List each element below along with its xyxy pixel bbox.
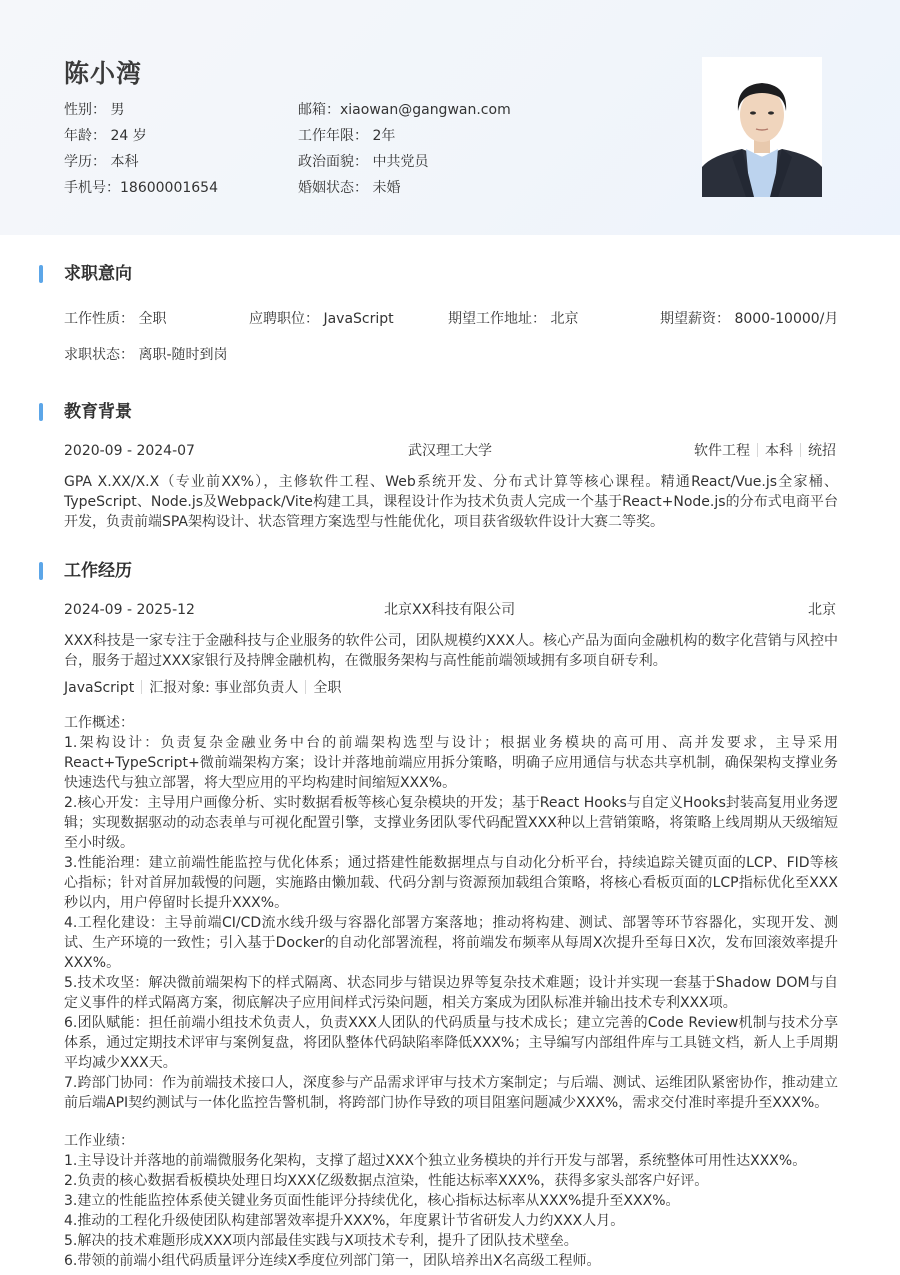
- avatar-photo: [702, 57, 822, 197]
- achievement-item: 1.主导设计并落地的前端微服务化架构，支撑了超过XXX个独立业务模块的并行开发与…: [64, 1151, 838, 1171]
- work-summary-title: 工作概述：: [64, 713, 838, 733]
- intent-position: 应聘职位： JavaScript: [249, 309, 394, 329]
- achievement-item: 6.带领的前端小组代码质量评分连续X季度位列部门第一，团队培养出X名高级工程师。: [64, 1251, 838, 1271]
- info-age: 年龄： 24 岁: [64, 126, 147, 146]
- intent-job-type: 工作性质： 全职: [64, 309, 166, 329]
- section-marker-icon: [39, 562, 43, 580]
- summary-item: 3.性能治理：建立前端性能监控与优化体系；通过搭建性能数据埋点与自动化分析平台，…: [64, 853, 838, 913]
- achievement-item: 5.解决的技术难题形成XXX项内部最佳实践与X项技术专利，提升了团队技术壁垒。: [64, 1231, 838, 1251]
- intent-salary: 期望薪资： 8000-10000/月: [660, 309, 838, 329]
- work-achievements: 工作业绩： 1.主导设计并落地的前端微服务化架构，支撑了超过XXX个独立业务模块…: [64, 1131, 838, 1271]
- work-period: 2024-09 - 2025-12: [64, 600, 195, 620]
- work-achievements-title: 工作业绩：: [64, 1131, 838, 1151]
- summary-item: 6.团队赋能：担任前端小组技术负责人，负责XXX人团队的代码质量与技术成长；建立…: [64, 1013, 838, 1073]
- info-phone: 手机号：18600001654: [64, 178, 218, 198]
- work-summary: 工作概述： 1.架构设计：负责复杂金融业务中台的前端架构选型与设计；根据业务模块…: [64, 713, 838, 1113]
- summary-item: 1.架构设计：负责复杂金融业务中台的前端架构选型与设计；根据业务模块的高可用、高…: [64, 733, 838, 793]
- info-marital-status: 婚姻状态： 未婚: [298, 178, 400, 198]
- achievement-item: 4.推动的工程化升级使团队构建部署效率提升XXX%，年度累计节省研发人力约XXX…: [64, 1211, 838, 1231]
- education-description: GPA X.XX/X.X（专业前XX%），主修软件工程、Web系统开发、分布式计…: [64, 472, 838, 532]
- resume-page: 陈小湾 性别： 男 年龄： 24 岁 学历： 本科 手机号：1860000165…: [0, 0, 900, 1275]
- summary-item: 7.跨部门协同：作为前端技术接口人，深度参与产品需求评审与技术方案制定；与后端、…: [64, 1073, 838, 1113]
- work-tags: JavaScript汇报对象: 事业部负责人全职: [64, 678, 341, 698]
- divider: [141, 680, 142, 694]
- intent-location: 期望工作地址： 北京: [448, 309, 578, 329]
- info-work-years: 工作年限： 2年: [298, 126, 395, 146]
- summary-item: 4.工程化建设：主导前端CI/CD流水线升级与容器化部署方案落地；推动将构建、测…: [64, 913, 838, 973]
- education-school: 武汉理工大学: [408, 441, 492, 461]
- info-political-status: 政治面貌： 中共党员: [298, 152, 428, 172]
- portrait-icon: [702, 57, 822, 197]
- info-gender: 性别： 男: [64, 100, 124, 120]
- section-title-job-intent: 求职意向: [64, 262, 132, 286]
- section-title-work: 工作经历: [64, 559, 132, 583]
- summary-item: 2.核心开发：主导用户画像分析、实时数据看板等核心复杂模块的开发；基于React…: [64, 793, 838, 853]
- achievement-item: 3.建立的性能监控体系使关键业务页面性能评分持续优化，核心指标达标率从XXX%提…: [64, 1191, 838, 1211]
- divider: [800, 443, 801, 457]
- education-period: 2020-09 - 2024-07: [64, 441, 195, 461]
- work-location: 北京: [808, 600, 836, 620]
- candidate-name: 陈小湾: [64, 54, 142, 90]
- section-marker-icon: [39, 403, 43, 421]
- summary-item: 5.技术攻坚：解决微前端架构下的样式隔离、状态同步与错误边界等复杂技术难题；设计…: [64, 973, 838, 1013]
- company-intro: XXX科技是一家专注于金融科技与企业服务的软件公司，团队规模约XXX人。核心产品…: [64, 631, 838, 671]
- intent-status: 求职状态： 离职-随时到岗: [64, 345, 228, 365]
- work-company: 北京XX科技有限公司: [384, 600, 515, 620]
- info-email: 邮箱：xiaowan@gangwan.com: [298, 100, 511, 120]
- section-title-education: 教育背景: [64, 400, 132, 424]
- info-education: 学历： 本科: [64, 152, 138, 172]
- education-tags: 软件工程本科统招: [694, 441, 836, 461]
- section-marker-icon: [39, 265, 43, 283]
- achievement-item: 2.负责的核心数据看板模块处理日均XXX亿级数据点渲染，性能达标率XXX%，获得…: [64, 1171, 838, 1191]
- divider: [305, 680, 306, 694]
- divider: [757, 443, 758, 457]
